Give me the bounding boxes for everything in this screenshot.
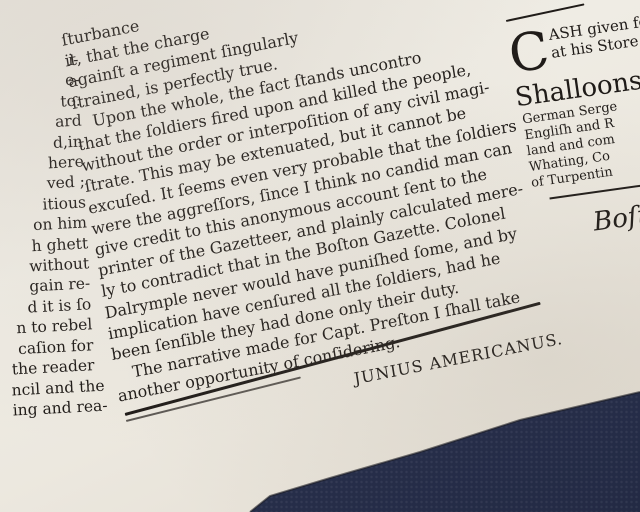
article-line: excuſed. It ſeems even very probable tha…: [87, 108, 552, 219]
article-line: been ſenſible they had done only their d…: [110, 255, 575, 366]
ad-rule: [549, 181, 640, 200]
ad-item: Engliſh and R: [520, 101, 640, 145]
article-line: give credit to this anonymous account ſe…: [93, 150, 558, 261]
left-line: ved ;: [0, 172, 85, 197]
dropcap-letter: C: [506, 28, 552, 77]
left-line: d it is ſo: [7, 294, 92, 319]
text-fragment: i: [536, 218, 640, 270]
left-line: ncil and the: [11, 376, 96, 401]
left-line: i-: [0, 50, 79, 75]
boston-heading: Boſton: [532, 188, 640, 246]
article-line: implication have cenſured all the ſoldie…: [106, 234, 571, 345]
left-line: caſion for: [9, 335, 94, 360]
article-line: The narrative made for Capt. Preſton I ſ…: [113, 276, 578, 387]
ad-line: ASH given fo: [506, 4, 640, 50]
ad-item: of Turpentin: [526, 149, 640, 193]
article-line: were the aggreſſors, ſince I think no ca…: [90, 129, 555, 240]
left-line: n to rebel: [8, 315, 93, 340]
article-line: that the ſoldiers fired upon and killed …: [77, 45, 542, 156]
left-line: gain re-: [6, 274, 91, 299]
left-line: here: [0, 151, 84, 176]
article-line: without the order or interpoſition of an…: [80, 66, 545, 177]
left-line: ing and rea-: [12, 396, 97, 421]
article-line: ſtrained, is perfectly true.: [70, 3, 535, 114]
signature: JUNIUS AMERICANUS.: [121, 323, 586, 434]
column-rule-double: [126, 376, 301, 421]
top-rule: [506, 3, 585, 22]
ad-item: Whating, Co: [524, 133, 640, 177]
ad-line: at his Store: [509, 22, 640, 68]
ad-headline: Shalloons,: [512, 50, 640, 113]
left-line: itious: [1, 192, 86, 217]
column-rule: [125, 302, 541, 416]
ad-item: land and com: [522, 117, 640, 161]
article-line: it, that the charge: [63, 0, 528, 72]
article-line: ſtrate. This may be extenuated, but it c…: [83, 87, 548, 198]
article-line: ly to contradict that in the Boſton Gaze…: [100, 192, 565, 303]
left-line: d,in: [0, 131, 83, 156]
left-line: without: [5, 253, 90, 278]
left-column-fragment: i- e- to. ard d,in here ved ; itious on …: [0, 50, 97, 421]
left-line: h ghett: [4, 233, 89, 258]
article-line: Upon the whole, the fact ſtands uncontro: [73, 24, 538, 135]
left-line: ard: [0, 111, 82, 136]
article-line: another opportunity of conſidering.: [116, 297, 581, 408]
article-line: printer of the Gazetteer, and plainly ca…: [97, 171, 562, 282]
left-line: the reader: [10, 355, 95, 380]
article-line: ſturbance: [60, 0, 525, 51]
article-body: ſturbance it, that the charge againſt a …: [60, 0, 585, 434]
advertisement-column: C ASH given fo at his Store Shalloons, G…: [506, 4, 640, 269]
article-line: againſt a regiment ſingularly: [67, 0, 532, 93]
left-line: to.: [0, 90, 81, 115]
left-line: on him: [3, 213, 88, 238]
left-line: e-: [0, 70, 80, 95]
article-line: Dalrymple never would have puniſhed ſome…: [103, 213, 568, 324]
ad-item: German Serge: [517, 85, 640, 129]
